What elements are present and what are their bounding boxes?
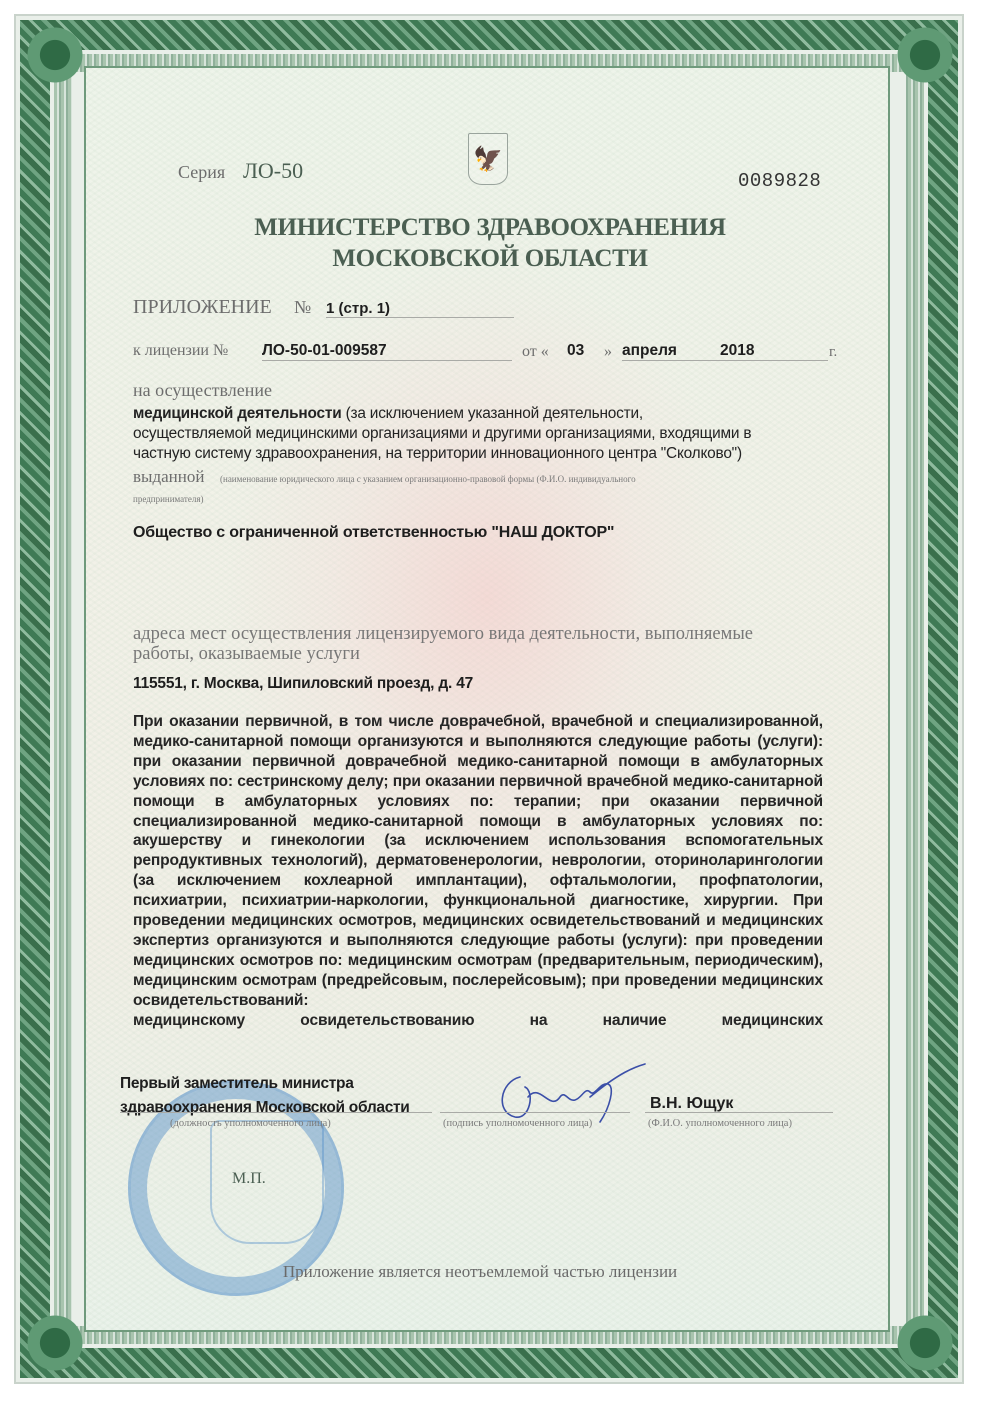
- signature-caption: (подпись уполномоченного лица): [443, 1118, 592, 1129]
- activity-description: медицинской деятельности (за исключением…: [133, 404, 833, 464]
- ministry-title-line1: МИНИСТЕРСТВО ЗДРАВООХРАНЕНИЯ: [200, 212, 780, 243]
- date-from-label: от «: [522, 343, 549, 361]
- addresses-label-line2: работы, оказываемые услуги: [133, 644, 853, 664]
- footer-note: Приложение является неотъемлемой частью …: [200, 1262, 760, 1282]
- license-number: ЛО-50-01-009587: [262, 342, 512, 361]
- activity-line3: частную систему здравоохранения, на терр…: [133, 444, 833, 464]
- appendix-label: ПРИЛОЖЕНИЕ: [133, 296, 272, 319]
- activity-address: 115551, г. Москва, Шипиловский проезд, д…: [133, 675, 473, 693]
- addresses-label-line1: адреса мест осуществления лицензируемого…: [133, 624, 853, 644]
- corner-ornament-icon: [890, 1308, 960, 1378]
- signature-underline: [440, 1112, 630, 1113]
- corner-ornament-icon: [20, 20, 90, 90]
- signatory-name: В.Н. Ющук: [650, 1095, 733, 1113]
- ministry-title: МИНИСТЕРСТВО ЗДРАВООХРАНЕНИЯ МОСКОВСКОЙ …: [200, 212, 780, 274]
- corner-ornament-icon: [890, 20, 960, 90]
- activity-type: медицинской деятельности: [133, 405, 342, 422]
- form-number: 0089828: [738, 170, 821, 192]
- position-underline: [120, 1112, 432, 1113]
- issued-label: выданной: [133, 467, 204, 487]
- issued-note-line1: (наименование юридического лица с указан…: [220, 474, 636, 484]
- corner-ornament-icon: [20, 1308, 90, 1378]
- name-underline: [645, 1112, 833, 1113]
- activity-line2: осуществляемой медицинскими организациям…: [133, 424, 833, 444]
- russian-coat-of-arms-icon: 🦅: [468, 133, 508, 185]
- series-label: Серия: [178, 162, 225, 183]
- activity-line1: (за исключением указанной деятельности,: [342, 405, 643, 422]
- activity-intro-label: на осуществление: [133, 380, 272, 401]
- issued-note-line2: предпринимателя): [133, 494, 204, 504]
- signatory-position-line1: Первый заместитель министра: [120, 1072, 410, 1096]
- license-day: 03: [567, 342, 584, 360]
- services-text: При оказании первичной, в том числе довр…: [133, 712, 823, 1011]
- appendix-number-sign: №: [294, 297, 311, 318]
- license-year: 2018: [720, 342, 754, 360]
- license-label: к лицензии №: [133, 342, 228, 360]
- position-caption: (должность уполномоченного лица): [170, 1118, 331, 1129]
- ministry-title-line2: МОСКОВСКОЙ ОБЛАСТИ: [200, 243, 780, 274]
- name-caption: (Ф.И.О. уполномоченного лица): [648, 1118, 792, 1129]
- appendix-number: 1 (стр. 1): [326, 300, 514, 318]
- date-close-quote: »: [604, 343, 612, 361]
- services-text-last-line: медицинскому освидетельствованию на нали…: [133, 1011, 823, 1031]
- seal-emblem-icon: [210, 1120, 324, 1244]
- signatory-position-line2: здравоохранения Московской области: [120, 1096, 410, 1120]
- year-suffix: г.: [829, 344, 837, 361]
- addresses-label: адреса мест осуществления лицензируемого…: [133, 624, 853, 664]
- organization-name: Общество с ограниченной ответственностью…: [133, 524, 614, 542]
- series-value: ЛО-50: [243, 158, 303, 184]
- seal-placeholder-label: М.П.: [232, 1170, 266, 1188]
- services-list: При оказании первичной, в том числе довр…: [133, 712, 823, 1031]
